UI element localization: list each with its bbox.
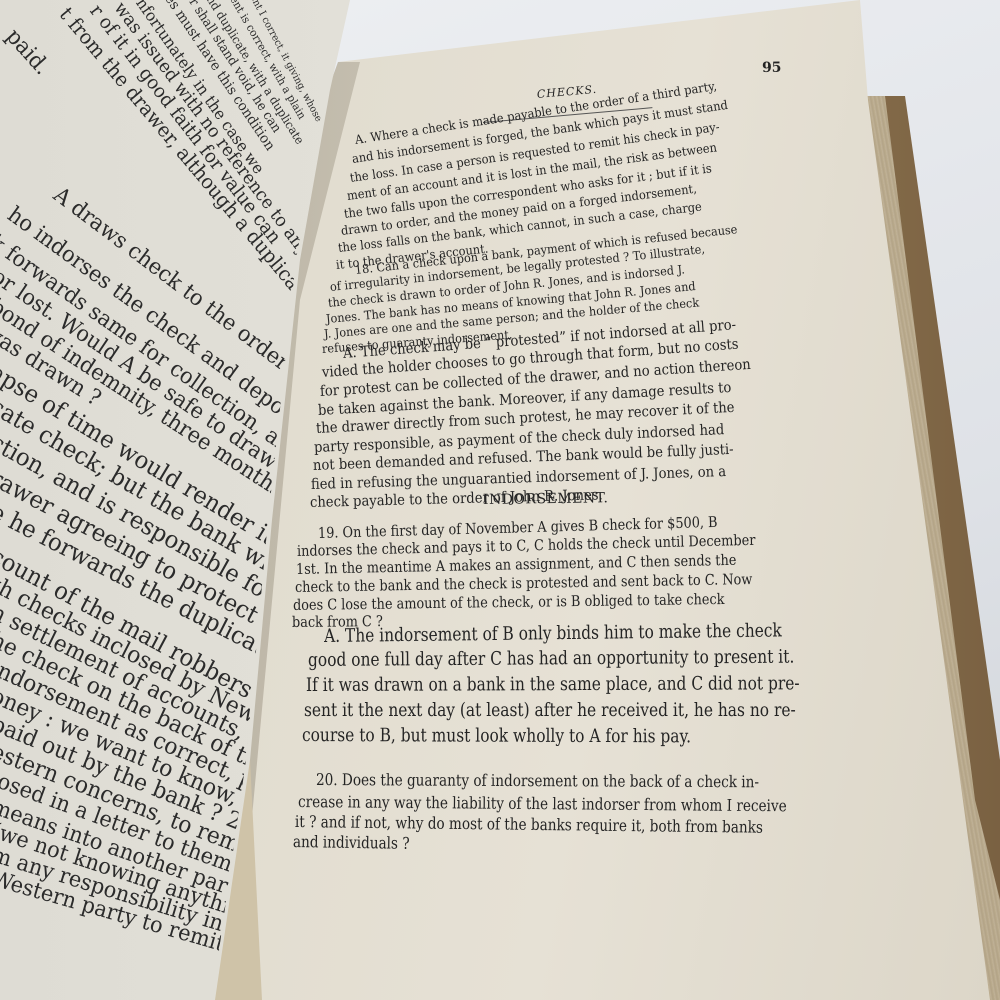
page-number: 95 — [762, 60, 782, 76]
answer-19-line: good one full day after C has had an opp… — [308, 647, 794, 671]
answer-19-line: course to B, but must look wholly to A f… — [302, 725, 691, 747]
answer-19-line: sent it the next day (at least) after he… — [304, 700, 796, 721]
section-heading: INDORSEMENT. — [483, 490, 609, 508]
question-20-line: and individuals ? — [293, 832, 410, 853]
question-20-line: 20. Does the guaranty of indorsement on … — [316, 770, 759, 791]
answer-19-line: If it was drawn on a bank in the same pl… — [306, 673, 800, 696]
left-page-line: paid. — [1, 24, 55, 80]
